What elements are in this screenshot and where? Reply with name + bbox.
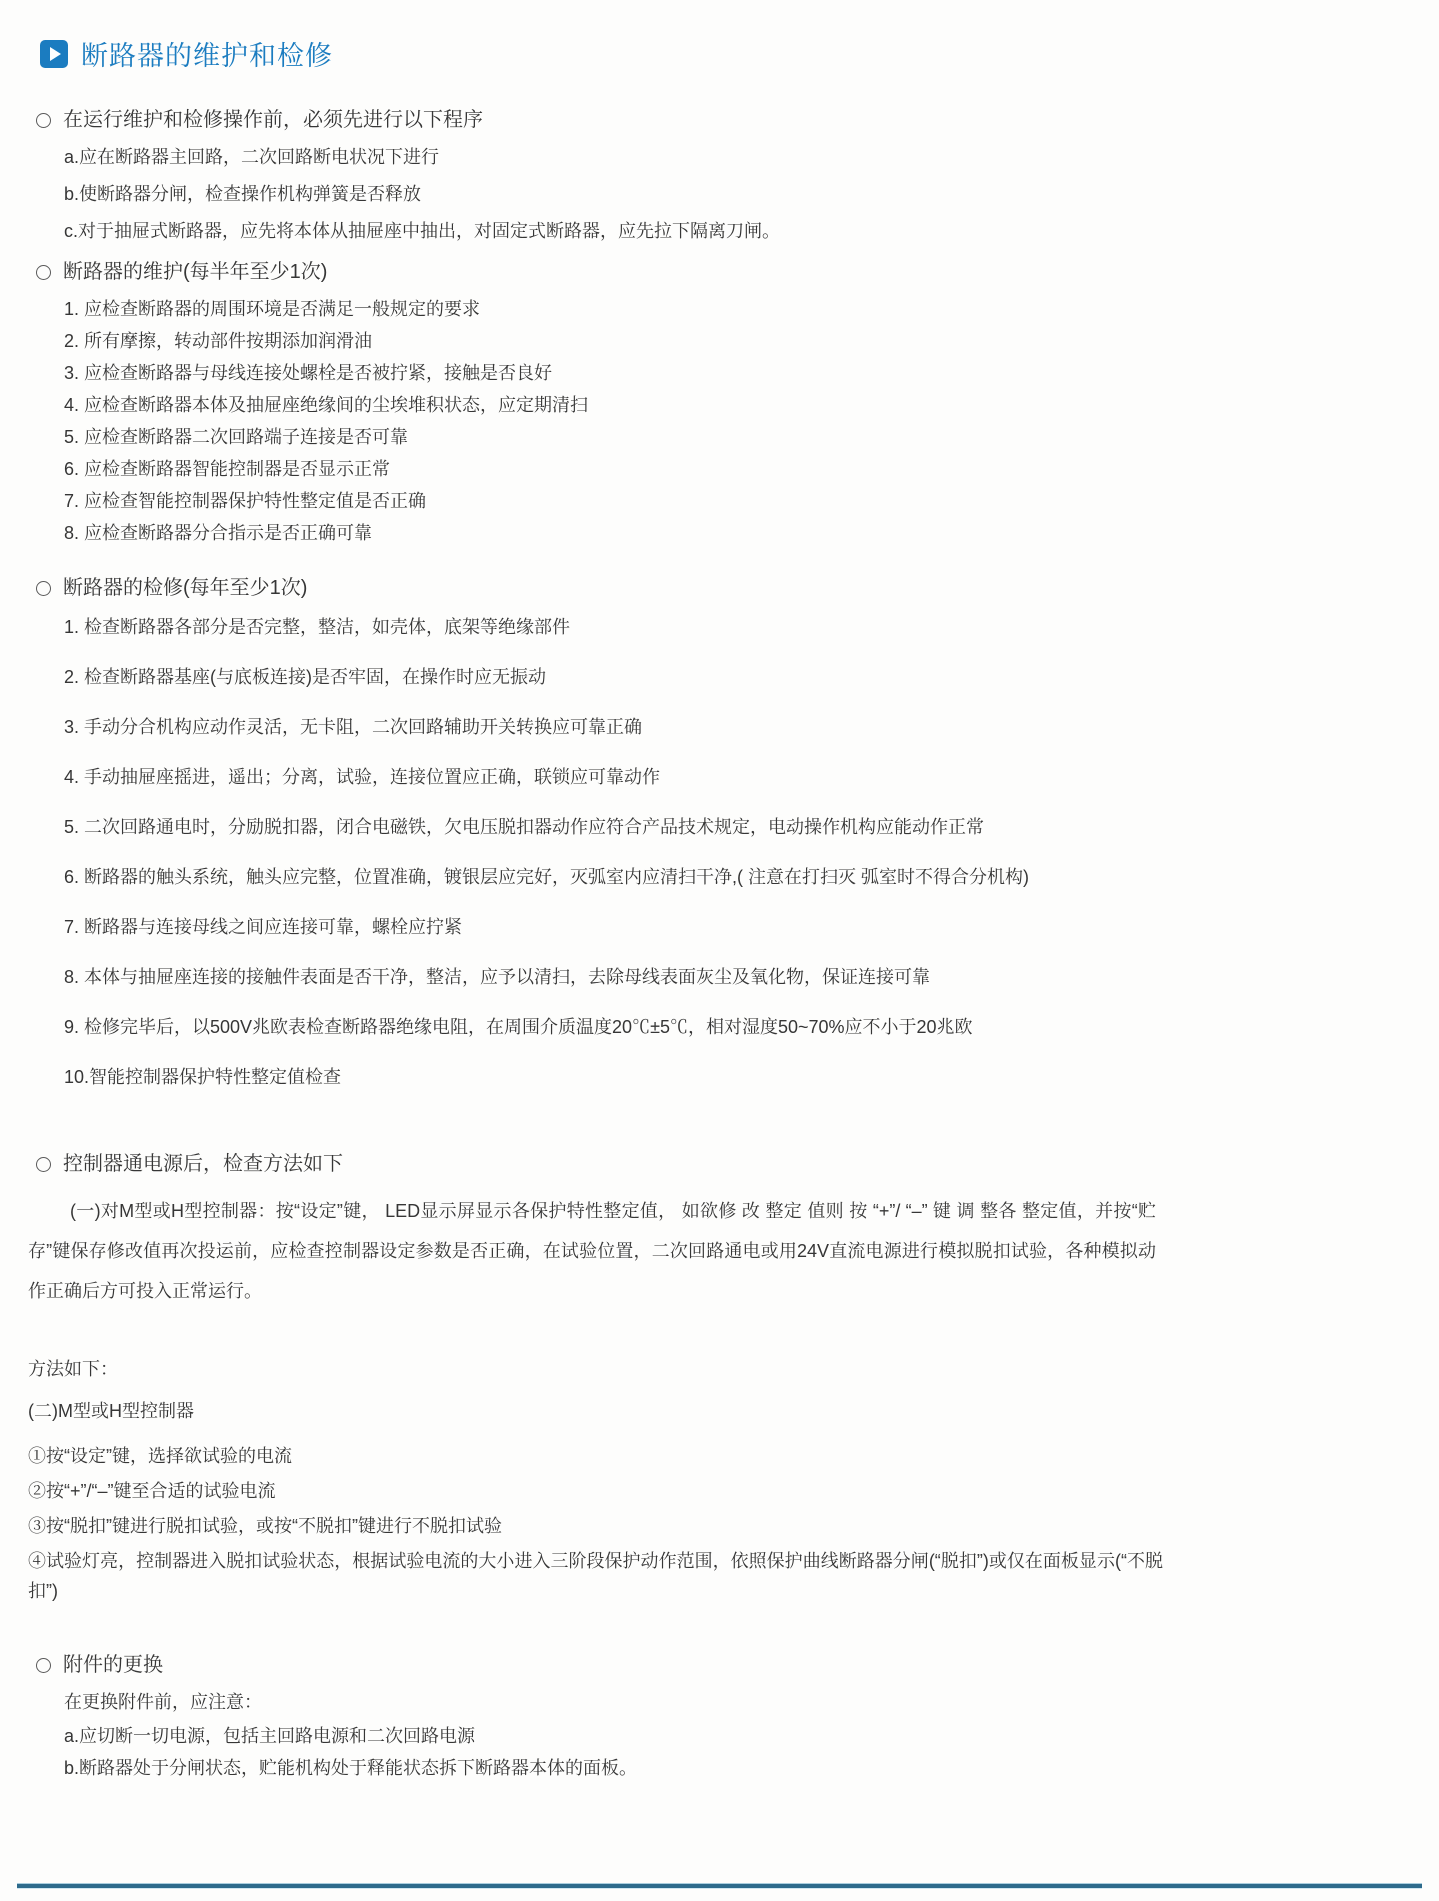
pre-ops-list: a.应在断路器主回路，二次回路断电状况下进行 b.使断路器分闸，检查操作机构弹簧… [64,145,1411,243]
footer-divider [17,1883,1422,1889]
play-icon [40,40,68,68]
section-heading: 断路器的维护(每半年至少1次) [63,259,327,285]
section-heading: 控制器通电源后，检查方法如下 [63,1151,343,1177]
section-controller-check: 控制器通电源后，检查方法如下 (一)对M型或H型控制器：按“设定”键， LED显… [28,1151,1411,1606]
list-item: 1. 应检查断路器的周围环境是否满足一般规定的要求 [64,297,1411,321]
section-overhaul: 断路器的检修(每年至少1次) 1. 检查断路器各部分是否完整，整洁，如壳体，底架… [28,575,1411,1089]
list-item: 4. 应检查断路器本体及抽屉座绝缘间的尘埃堆积状态，应定期清扫 [64,393,1411,417]
circle-outline-icon [36,265,51,280]
list-item: 2. 检查断路器基座(与底板连接)是否牢固，在操作时应无振动 [64,665,1411,689]
circle-outline-icon [36,1658,51,1673]
method-label: 方法如下： [28,1357,1411,1381]
list-item: 9. 检修完毕后，以500V兆欧表检查断路器绝缘电阻，在周围介质温度20℃±5℃… [64,1015,1411,1039]
step-item: ④试验灯亮，控制器进入脱扣试验状态，根据试验电流的大小进入三阶段保护动作范围，依… [28,1546,1163,1606]
circle-outline-icon [36,113,51,128]
list-item: b.断路器处于分闸状态，贮能机构处于释能状态拆下断路器本体的面板。 [64,1756,1411,1780]
overhaul-list: 1. 检查断路器各部分是否完整，整洁，如壳体，底架等绝缘部件 2. 检查断路器基… [64,615,1411,1089]
controller-subheading: (二)M型或H型控制器 [28,1399,1411,1423]
list-item: 6. 应检查断路器智能控制器是否显示正常 [64,457,1411,481]
section-maintenance: 断路器的维护(每半年至少1次) 1. 应检查断路器的周围环境是否满足一般规定的要… [28,259,1411,545]
list-item: 7. 断路器与连接母线之间应连接可靠，螺栓应拧紧 [64,915,1411,939]
list-item: 1. 检查断路器各部分是否完整，整洁，如壳体，底架等绝缘部件 [64,615,1411,639]
section-controller-heading-row: 控制器通电源后，检查方法如下 [36,1151,1411,1177]
list-item: 5. 应检查断路器二次回路端子连接是否可靠 [64,425,1411,449]
list-item: b.使断路器分闸，检查操作机构弹簧是否释放 [64,182,1411,206]
list-item: 8. 应检查断路器分合指示是否正确可靠 [64,521,1411,545]
play-icon-triangle [50,47,61,61]
section-maintenance-heading-row: 断路器的维护(每半年至少1次) [36,259,1411,285]
list-item: a.应在断路器主回路，二次回路断电状况下进行 [64,145,1411,169]
accessories-list: 在更换附件前，应注意： a.应切断一切电源，包括主回路电源和二次回路电源 b.断… [64,1690,1411,1780]
list-item: 8. 本体与抽屉座连接的接触件表面是否干净，整洁，应予以清扫，去除母线表面灰尘及… [64,965,1411,989]
list-item: 7. 应检查智能控制器保护特性整定值是否正确 [64,489,1411,513]
list-item: c.对于抽屉式断路器，应先将本体从抽屉座中抽出，对固定式断路器，应先拉下隔离刀闸… [64,219,1411,243]
list-item: 4. 手动抽屉座摇进，遥出；分离，试验，连接位置应正确，联锁应可靠动作 [64,765,1411,789]
list-item: 6. 断路器的触头系统，触头应完整，位置准确，镀银层应完好，灭弧室内应清扫干净,… [64,865,1411,889]
section-heading: 断路器的检修(每年至少1次) [63,575,307,601]
list-item: 3. 应检查断路器与母线连接处螺栓是否被拧紧，接触是否良好 [64,361,1411,385]
list-item: 2. 所有摩擦，转动部件按期添加润滑油 [64,329,1411,353]
list-item: 5. 二次回路通电时，分励脱扣器，闭合电磁铁，欠电压脱扣器动作应符合产品技术规定… [64,815,1411,839]
circle-outline-icon [36,1157,51,1172]
step-item: ③按“脱扣”键进行脱扣试验，或按“不脱扣”键进行不脱扣试验 [28,1511,1163,1541]
list-item: a.应切断一切电源，包括主回路电源和二次回路电源 [64,1724,1411,1748]
section-accessories-heading-row: 附件的更换 [36,1652,1411,1678]
accessories-intro: 在更换附件前，应注意： [64,1690,1411,1714]
list-item: 10.智能控制器保护特性整定值检查 [64,1065,1411,1089]
section-heading: 在运行维护和检修操作前，必须先进行以下程序 [63,107,483,133]
maintenance-list: 1. 应检查断路器的周围环境是否满足一般规定的要求 2. 所有摩擦，转动部件按期… [64,297,1411,545]
step-item: ①按“设定”键，选择欲试验的电流 [28,1441,1163,1471]
section-heading: 附件的更换 [63,1652,163,1678]
page-title: 断路器的维护和检修 [81,34,333,73]
controller-steps: ①按“设定”键，选择欲试验的电流 ②按“+”/“–”键至合适的试验电流 ③按“脱… [28,1441,1163,1606]
document-page: { "page": { "title": "断路器的维护和检修", "accen… [0,0,1439,1901]
controller-paragraph: (一)对M型或H型控制器：按“设定”键， LED显示屏显示各保护特性整定值， 如… [28,1191,1156,1311]
section-pre-ops: 在运行维护和检修操作前，必须先进行以下程序 a.应在断路器主回路，二次回路断电状… [28,107,1411,243]
page-content: 断路器的维护和检修 在运行维护和检修操作前，必须先进行以下程序 a.应在断路器主… [0,0,1439,1780]
circle-outline-icon [36,581,51,596]
section-accessories: 附件的更换 在更换附件前，应注意： a.应切断一切电源，包括主回路电源和二次回路… [28,1652,1411,1780]
section-overhaul-heading-row: 断路器的检修(每年至少1次) [36,575,1411,601]
section-pre-ops-heading-row: 在运行维护和检修操作前，必须先进行以下程序 [36,107,1411,133]
step-item: ②按“+”/“–”键至合适的试验电流 [28,1476,1163,1506]
list-item: 3. 手动分合机构应动作灵活，无卡阻，二次回路辅助开关转换应可靠正确 [64,715,1411,739]
page-title-row: 断路器的维护和检修 [40,34,1411,73]
